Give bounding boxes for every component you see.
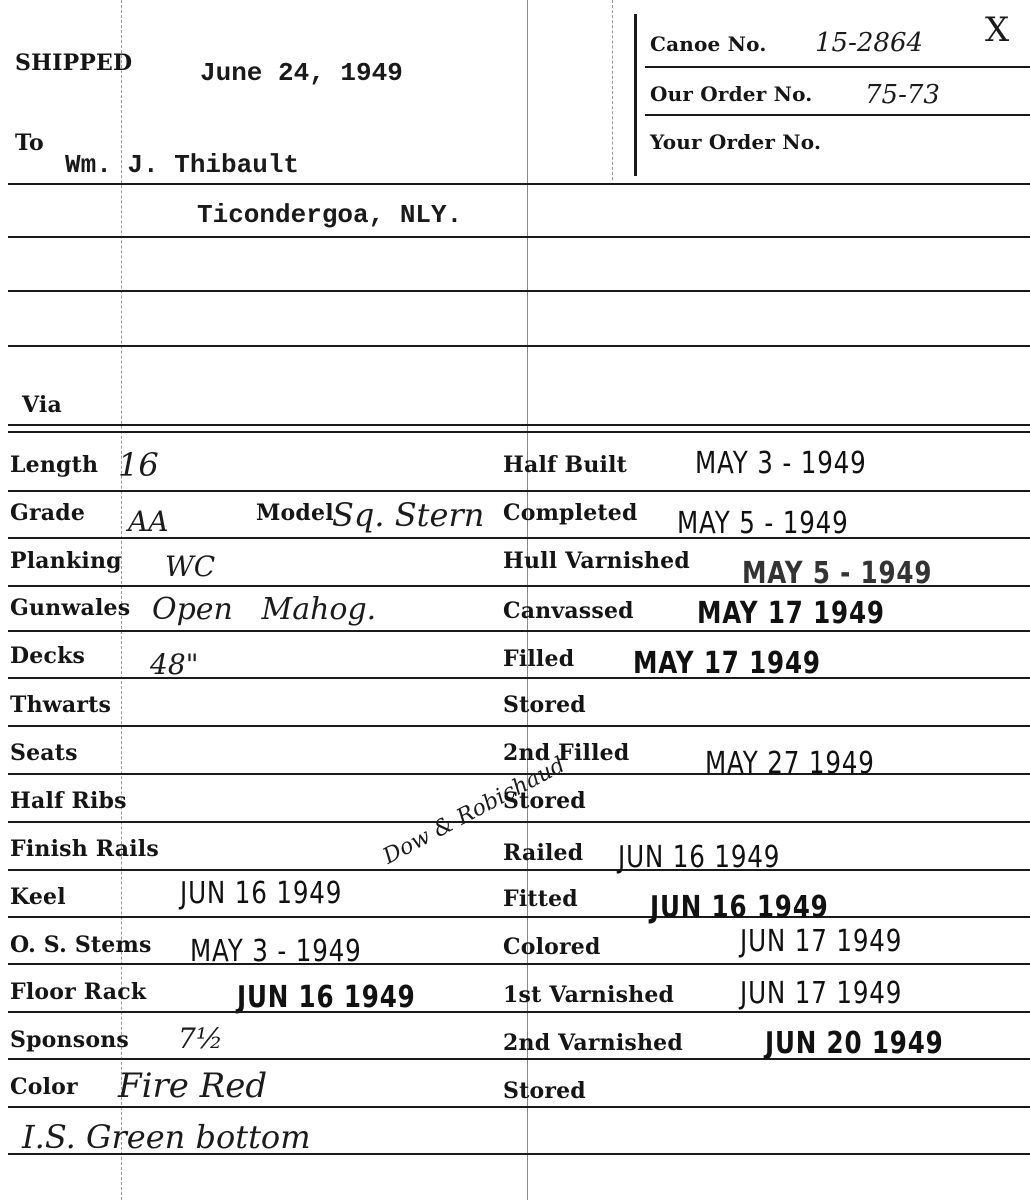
to-address-line1: Ticondergoa, NLY. (197, 200, 462, 230)
progress-label-hull-varnished: Hull Varnished (503, 548, 690, 574)
progress-value-colored: JUN 17 1949 (740, 924, 902, 959)
spec-value-grade: AA (128, 505, 168, 538)
spec-label-length: Length (10, 452, 98, 478)
progress-value-railed: JUN 16 1949 (618, 840, 780, 875)
progress-value-completed: MAY 5 - 1949 (677, 506, 849, 541)
shipped-date: June 24, 1949 (200, 58, 403, 88)
progress-value-fitted: JUN 16 1949 (650, 890, 829, 925)
spec-rule (8, 677, 1030, 679)
spec-rule (8, 869, 1030, 871)
address-rule-3 (8, 345, 1030, 347)
spec-label-thwarts: Thwarts (10, 692, 111, 718)
progress-value-2nd-filled: MAY 27 1949 (705, 746, 875, 781)
spec-value-length: 16 (118, 446, 159, 484)
spec-label-os-stems: O. S. Stems (10, 932, 152, 958)
progress-value-canvassed: MAY 17 1949 (697, 596, 885, 631)
spec-label-keel: Keel (10, 884, 66, 910)
canoe-no-label: Canoe No. (650, 32, 766, 56)
spec-label-gunwales: Gunwales (10, 595, 130, 621)
via-label: Via (22, 392, 62, 418)
spec-label-planking: Planking (10, 548, 122, 574)
spec-rule (8, 490, 1030, 492)
address-rule-1 (8, 236, 1030, 238)
spec-rule (8, 963, 1030, 965)
progress-label-completed: Completed (503, 500, 638, 526)
progress-value-filled: MAY 17 1949 (633, 646, 821, 681)
our-order-label: Our Order No. (650, 82, 812, 106)
canoe-no-value: 15-2864 (815, 28, 923, 58)
progress-label-stored-1: Stored (503, 692, 586, 718)
spec-label-decks: Decks (10, 643, 85, 669)
progress-label-filled: Filled (503, 646, 574, 672)
to-name: Wm. J. Thibault (65, 150, 299, 180)
canoe-build-record-card: SHIPPED June 24, 1949 To Wm. J. Thibault… (0, 0, 1030, 1200)
spec-rule (8, 821, 1030, 823)
spec-value-sponsons: 7½ (178, 1022, 223, 1055)
progress-label-stored-2: Stored (503, 788, 586, 814)
color-note-rule (8, 1153, 1030, 1155)
canoe-no-check-mark: X (985, 10, 1009, 50)
spec-label-grade: Grade (10, 500, 85, 526)
progress-label-colored: Colored (503, 934, 601, 960)
column-guide-center-right (612, 0, 613, 180)
shipped-label: SHIPPED (15, 50, 132, 76)
spec-value-gunwales: Open Mahog. (152, 592, 376, 627)
spec-label-color: Color (10, 1074, 78, 1100)
spec-label-half-ribs: Half Ribs (10, 788, 127, 814)
progress-value-half-built: MAY 3 - 1949 (695, 446, 867, 481)
spec-rule (8, 537, 1030, 539)
our-order-rule (645, 114, 1030, 116)
spec-label-seats: Seats (10, 740, 78, 766)
spec-label-model: Model (256, 500, 334, 526)
progress-label-fitted: Fitted (503, 886, 578, 912)
canoe-no-rule (645, 66, 1030, 68)
spec-rule (8, 725, 1030, 727)
spec-value-planking: WC (165, 550, 215, 583)
spec-label-floor-rack: Floor Rack (10, 979, 146, 1005)
progress-label-railed: Railed (503, 840, 583, 866)
your-order-label: Your Order No. (650, 130, 821, 154)
order-box-left-border (634, 14, 637, 176)
spec-rule (8, 916, 1030, 918)
our-order-value: 75-73 (865, 80, 940, 110)
progress-value-hull-varnished: MAY 5 - 1949 (742, 556, 932, 591)
spec-rule (8, 1106, 1030, 1108)
progress-label-2nd-varnished: 2nd Varnished (503, 1030, 683, 1056)
progress-value-2nd-varnished: JUN 20 1949 (765, 1026, 944, 1061)
spec-rule (8, 1011, 1030, 1013)
spec-label-finish-rails: Finish Rails (10, 836, 159, 862)
progress-label-half-built: Half Built (503, 452, 627, 478)
progress-value-1st-varnished: JUN 17 1949 (740, 976, 902, 1011)
progress-label-stored-3: Stored (503, 1078, 586, 1104)
color-note: I.S. Green bottom (22, 1118, 311, 1156)
via-rule-top (8, 424, 1030, 426)
via-rule-bottom (8, 431, 1030, 433)
to-rule (8, 183, 1030, 185)
progress-label-2nd-filled: 2nd Filled (503, 740, 629, 766)
spec-value-keel: JUN 16 1949 (180, 876, 342, 911)
spec-value-model: Sq. Stern (332, 496, 484, 534)
spec-label-sponsons: Sponsons (10, 1027, 129, 1053)
spec-value-color: Fire Red (118, 1066, 267, 1106)
address-rule-2 (8, 290, 1030, 292)
to-label: To (15, 130, 44, 156)
progress-label-1st-varnished: 1st Varnished (503, 982, 674, 1008)
spec-value-floor-rack: JUN 16 1949 (237, 980, 416, 1015)
progress-label-canvassed: Canvassed (503, 598, 634, 624)
